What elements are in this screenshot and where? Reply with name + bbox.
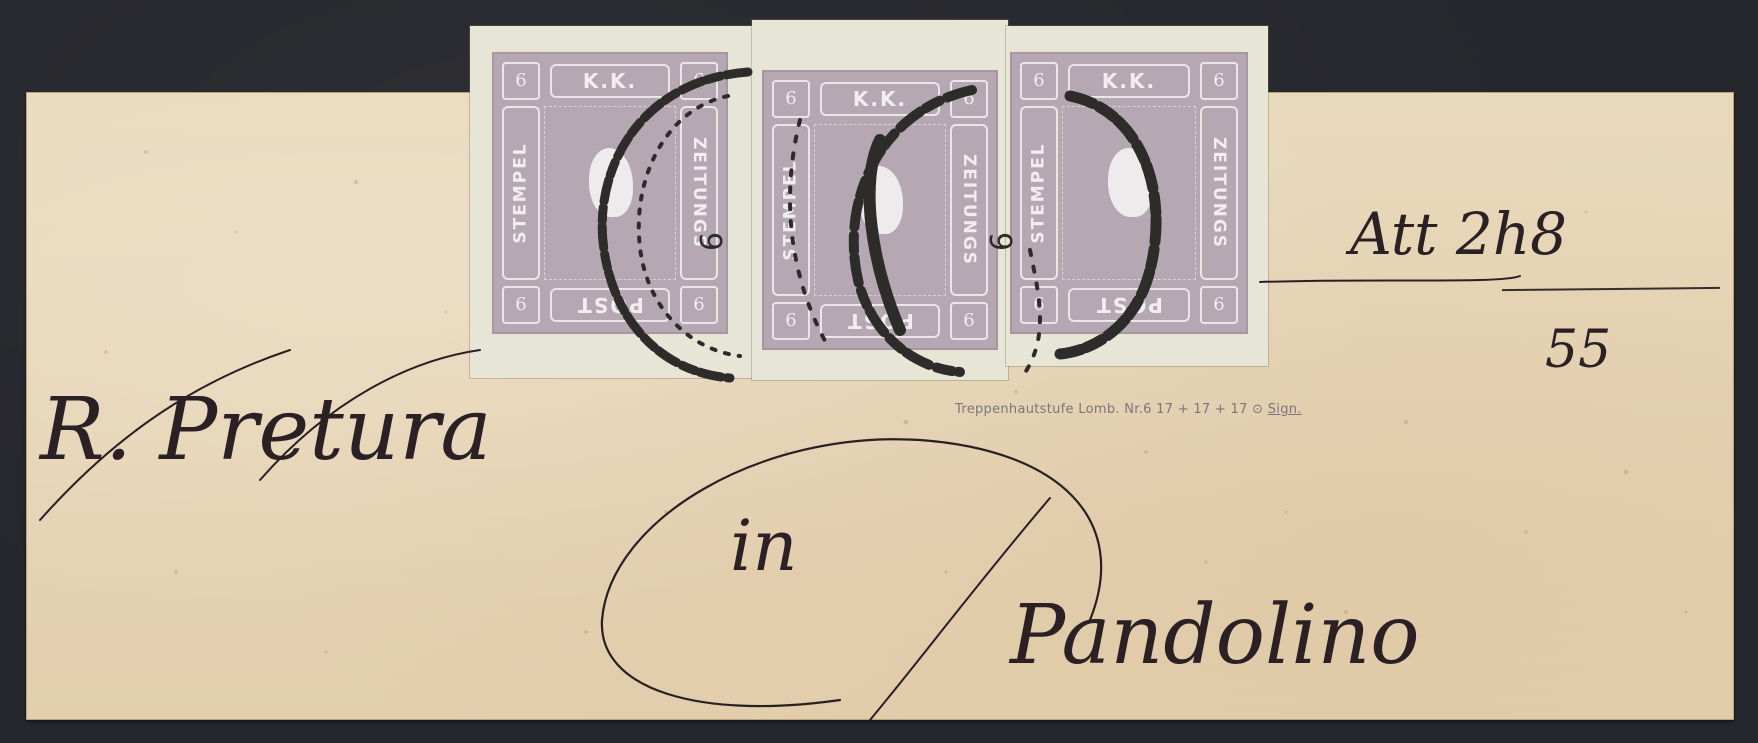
manuscript-rate-top: Att 2h8 <box>1350 200 1567 268</box>
corner-ornament: 6 <box>680 62 718 100</box>
portrait-head <box>859 166 903 234</box>
manuscript-rate-bottom: 55 <box>1545 320 1611 380</box>
pencil-note-text: Treppenhautstufe Lomb. Nr.6 17 + 17 + 17 <box>955 402 1248 417</box>
corner-ornament: 6 <box>1020 62 1058 100</box>
pencil-catalog-note: Treppenhautstufe Lomb. Nr.6 17 + 17 + 17… <box>955 402 1302 417</box>
corner-ornament: 6 <box>680 286 718 324</box>
stamp-top-label: K.K. <box>1068 64 1190 98</box>
corner-ornament: 6 <box>1200 286 1238 324</box>
address-town: Pandolino <box>1010 588 1420 683</box>
stamp-left-label: STEMPEL <box>772 124 810 296</box>
stamp-top-label: K.K. <box>820 82 940 116</box>
stamp-bottom-label: POST <box>820 304 940 338</box>
corner-ornament: 6 <box>950 80 988 118</box>
corner-ornament: 6 <box>502 286 540 324</box>
stamp-1: 6 6 6 6 K.K. STEMPEL ZEITUNGS POST <box>470 26 754 378</box>
stamp-right-label: ZEITUNGS <box>1200 106 1238 280</box>
stamp-right-label: ZEITUNGS <box>680 106 718 280</box>
address-recipient: R. Pretura <box>40 380 492 480</box>
stamp-3: 6 6 6 6 K.K. STEMPEL ZEITUNGS POST <box>1006 26 1268 366</box>
expert-signature-icon: ⊙ <box>1252 402 1268 417</box>
stamp-top-label: K.K. <box>550 64 670 98</box>
stamp-design: 6 6 6 6 K.K. STEMPEL ZEITUNGS POST <box>492 52 728 334</box>
corner-ornament: 6 <box>502 62 540 100</box>
stamp-left-label: STEMPEL <box>502 106 540 280</box>
address-preposition: in <box>730 505 797 587</box>
stamp-design: 6 6 6 6 K.K. STEMPEL ZEITUNGS POST <box>1010 52 1248 334</box>
stamp-right-label: ZEITUNGS <box>950 124 988 296</box>
stamp-2: 6 6 6 6 K.K. STEMPEL ZEITUNGS POST <box>752 20 1008 380</box>
portrait-frame <box>1062 106 1196 280</box>
expert-mark: Sign. <box>1268 402 1302 417</box>
corner-ornament: 6 <box>772 80 810 118</box>
corner-ornament: 6 <box>1200 62 1238 100</box>
stamp-left-label: STEMPEL <box>1020 106 1058 280</box>
portrait-head <box>589 148 633 217</box>
corner-ornament: 6 <box>1020 286 1058 324</box>
portrait-head <box>1108 148 1153 217</box>
corner-ornament: 6 <box>950 302 988 340</box>
corner-ornament: 6 <box>772 302 810 340</box>
portrait-frame <box>814 124 946 296</box>
portrait-frame <box>544 106 676 280</box>
stamp-bottom-label: POST <box>1068 288 1190 322</box>
stamp-bottom-label: POST <box>550 288 670 322</box>
stamp-design: 6 6 6 6 K.K. STEMPEL ZEITUNGS POST <box>762 70 998 350</box>
